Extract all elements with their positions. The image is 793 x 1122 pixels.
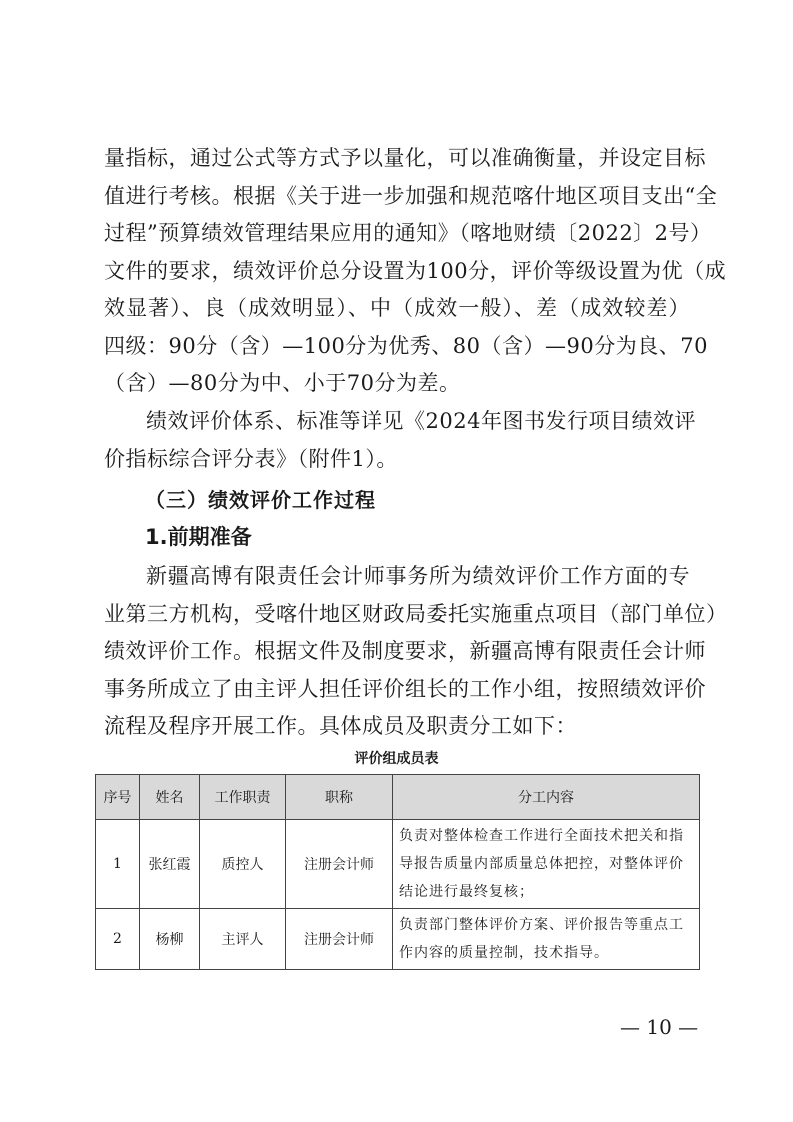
cell-content: 负责对整体检查工作进行全面技术把关和指导报告质量内部质量总体把控，对整体评价结论… <box>393 820 700 909</box>
cell-name: 杨柳 <box>140 909 200 970</box>
text-line: 量指标，通过公式等方式予以量化，可以准确衡量，并设定目标 <box>104 140 690 178</box>
text-line: 值进行考核。根据《关于进一步加强和规范喀什地区项目支出“全 <box>104 178 690 216</box>
cell-title: 注册会计师 <box>286 909 393 970</box>
paragraph-scoring-rules: 量指标，通过公式等方式予以量化，可以准确衡量，并设定目标 值进行考核。根据《关于… <box>104 140 690 403</box>
text-line: 四级：90分（含）—100分为优秀、80（含）—90分为良、70 <box>104 328 690 366</box>
header-no: 序号 <box>96 775 140 820</box>
text-line: 文件的要求，绩效评价总分设置为100分，评价等级设置为优（成 <box>104 253 690 291</box>
section-heading: （三）绩效评价工作过程 <box>145 484 376 513</box>
text-line: 新疆高博有限责任会计师事务所为绩效评价工作方面的专 <box>104 558 690 596</box>
cell-title: 注册会计师 <box>286 820 393 909</box>
table-row: 1 张红霞 质控人 注册会计师 负责对整体检查工作进行全面技术把关和指导报告质量… <box>96 820 700 909</box>
header-name: 姓名 <box>140 775 200 820</box>
paragraph-preparation: 新疆高博有限责任会计师事务所为绩效评价工作方面的专 业第三方机构，受喀什地区财政… <box>104 558 690 746</box>
cell-duty: 质控人 <box>200 820 286 909</box>
text-line: 流程及程序开展工作。具体成员及职责分工如下： <box>104 708 690 746</box>
cell-no: 1 <box>96 820 140 909</box>
header-content: 分工内容 <box>393 775 700 820</box>
paragraph-evaluation-system: 绩效评价体系、标准等详见《2024年图书发行项目绩效评 价指标综合评分表》（附件… <box>104 403 690 478</box>
text-line: 效显著）、良（成效明显）、中（成效一般）、差（成效较差） <box>104 290 690 328</box>
table-row: 2 杨柳 主评人 注册会计师 负责部门整体评价方案、评价报告等重点工作内容的质量… <box>96 909 700 970</box>
header-duty: 工作职责 <box>200 775 286 820</box>
text-line: 事务所成立了由主评人担任评价组长的工作小组，按照绩效评价 <box>104 671 690 709</box>
cell-name: 张红霞 <box>140 820 200 909</box>
text-line: （含）—80分为中、小于70分为差。 <box>104 365 690 403</box>
table-caption: 评价组成员表 <box>0 748 793 768</box>
members-table: 序号 姓名 工作职责 职称 分工内容 1 张红霞 质控人 注册会计师 负责对整体… <box>95 774 700 970</box>
cell-content: 负责部门整体评价方案、评价报告等重点工作内容的质量控制，技术指导。 <box>393 909 700 970</box>
text-line: 业第三方机构，受喀什地区财政局委托实施重点项目（部门单位） <box>104 596 690 634</box>
page-number: — 10 — <box>620 1015 698 1039</box>
text-line: 过程”预算绩效管理结果应用的通知》（喀地财绩〔2022〕2号） <box>104 215 690 253</box>
text-line: 绩效评价体系、标准等详见《2024年图书发行项目绩效评 <box>104 403 690 441</box>
text-line: 价指标综合评分表》（附件1）。 <box>104 441 690 479</box>
subsection-heading: 1.前期准备 <box>145 521 252 551</box>
table-header-row: 序号 姓名 工作职责 职称 分工内容 <box>96 775 700 820</box>
header-title: 职称 <box>286 775 393 820</box>
cell-no: 2 <box>96 909 140 970</box>
text-line: 绩效评价工作。根据文件及制度要求，新疆高博有限责任会计师 <box>104 633 690 671</box>
cell-duty: 主评人 <box>200 909 286 970</box>
